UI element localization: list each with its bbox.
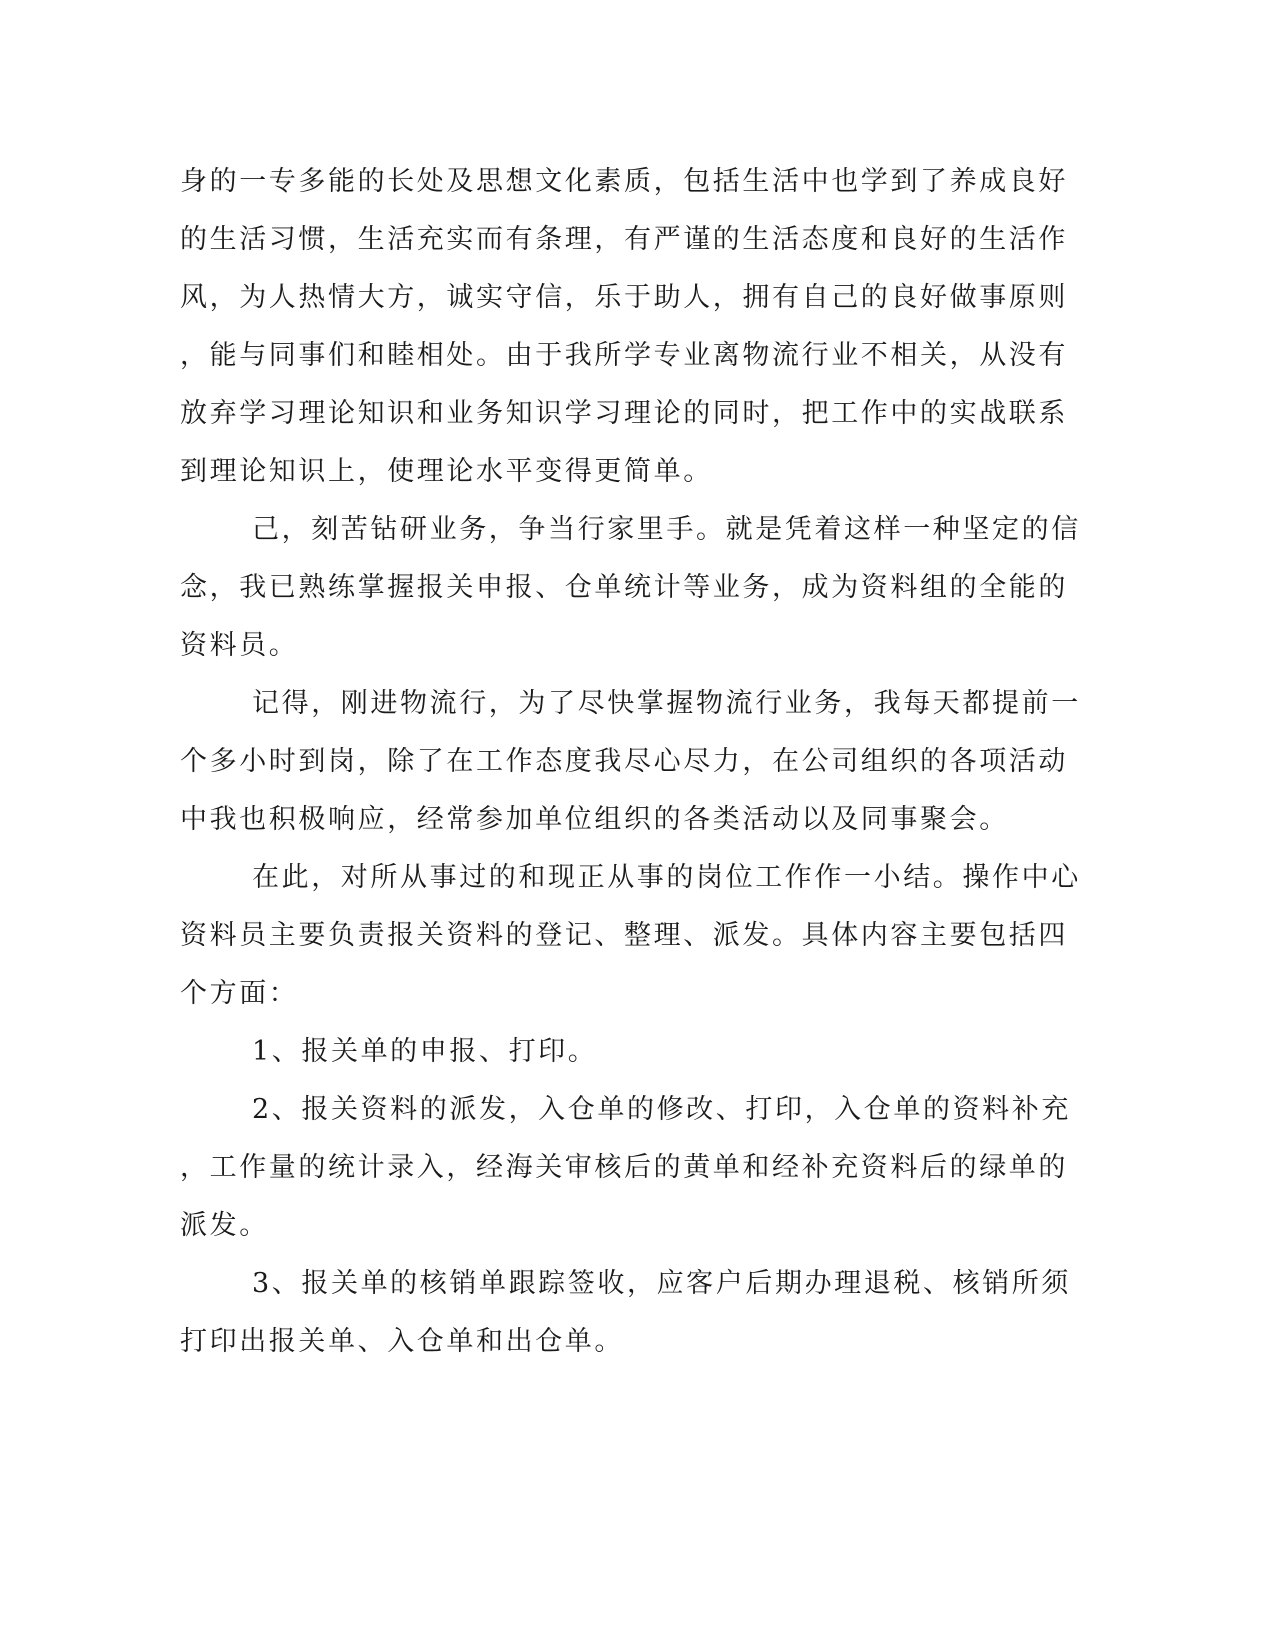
text-line: 念，我已熟练掌握报关申报、仓单统计等业务，成为资料组的全能的 — [180, 559, 1030, 617]
text-line: 风，为人热情大方，诚实守信，乐于助人，拥有自己的良好做事原则 — [180, 269, 1030, 327]
text-line: 个多小时到岗，除了在工作态度我尽心尽力，在公司组织的各项活动 — [180, 733, 1030, 791]
paragraph-first-line: 在此，对所从事过的和现正从事的岗位工作作一小结。操作中心 — [180, 849, 1030, 907]
text-line: 资料员主要负责报关资料的登记、整理、派发。具体内容主要包括四 — [180, 907, 1030, 965]
text-line: ，能与同事们和睦相处。由于我所学专业离物流行业不相关，从没有 — [180, 327, 1030, 385]
paragraph-first-line: 记得，刚进物流行，为了尽快掌握物流行业务，我每天都提前一 — [180, 675, 1030, 733]
text-line: 到理论知识上，使理论水平变得更简单。 — [180, 443, 1030, 501]
text-line: 放弃学习理论知识和业务知识学习理论的同时，把工作中的实战联系 — [180, 385, 1030, 443]
list-item-2: 2、报关资料的派发，入仓单的修改、打印，入仓单的资料补充 — [180, 1081, 1030, 1139]
list-item-1: 1、报关单的申报、打印。 — [180, 1023, 1030, 1081]
text-line: ，工作量的统计录入，经海关审核后的黄单和经补充资料后的绿单的 — [180, 1139, 1030, 1197]
text-line: 中我也积极响应，经常参加单位组织的各类活动以及同事聚会。 — [180, 791, 1030, 849]
text-line: 的生活习惯，生活充实而有条理，有严谨的生活态度和良好的生活作 — [180, 211, 1030, 269]
text-line: 个方面： — [180, 965, 1030, 1023]
text-line: 资料员。 — [180, 617, 1030, 675]
list-item-3: 3、报关单的核销单跟踪签收，应客户后期办理退税、核销所须 — [180, 1255, 1030, 1313]
document-page: 身的一专多能的长处及思想文化素质，包括生活中也学到了养成良好 的生活习惯，生活充… — [180, 153, 1030, 1371]
text-line: 打印出报关单、入仓单和出仓单。 — [180, 1313, 1030, 1371]
text-line: 派发。 — [180, 1197, 1030, 1255]
paragraph-first-line: 己，刻苦钻研业务，争当行家里手。就是凭着这样一种坚定的信 — [180, 501, 1030, 559]
text-line: 身的一专多能的长处及思想文化素质，包括生活中也学到了养成良好 — [180, 153, 1030, 211]
